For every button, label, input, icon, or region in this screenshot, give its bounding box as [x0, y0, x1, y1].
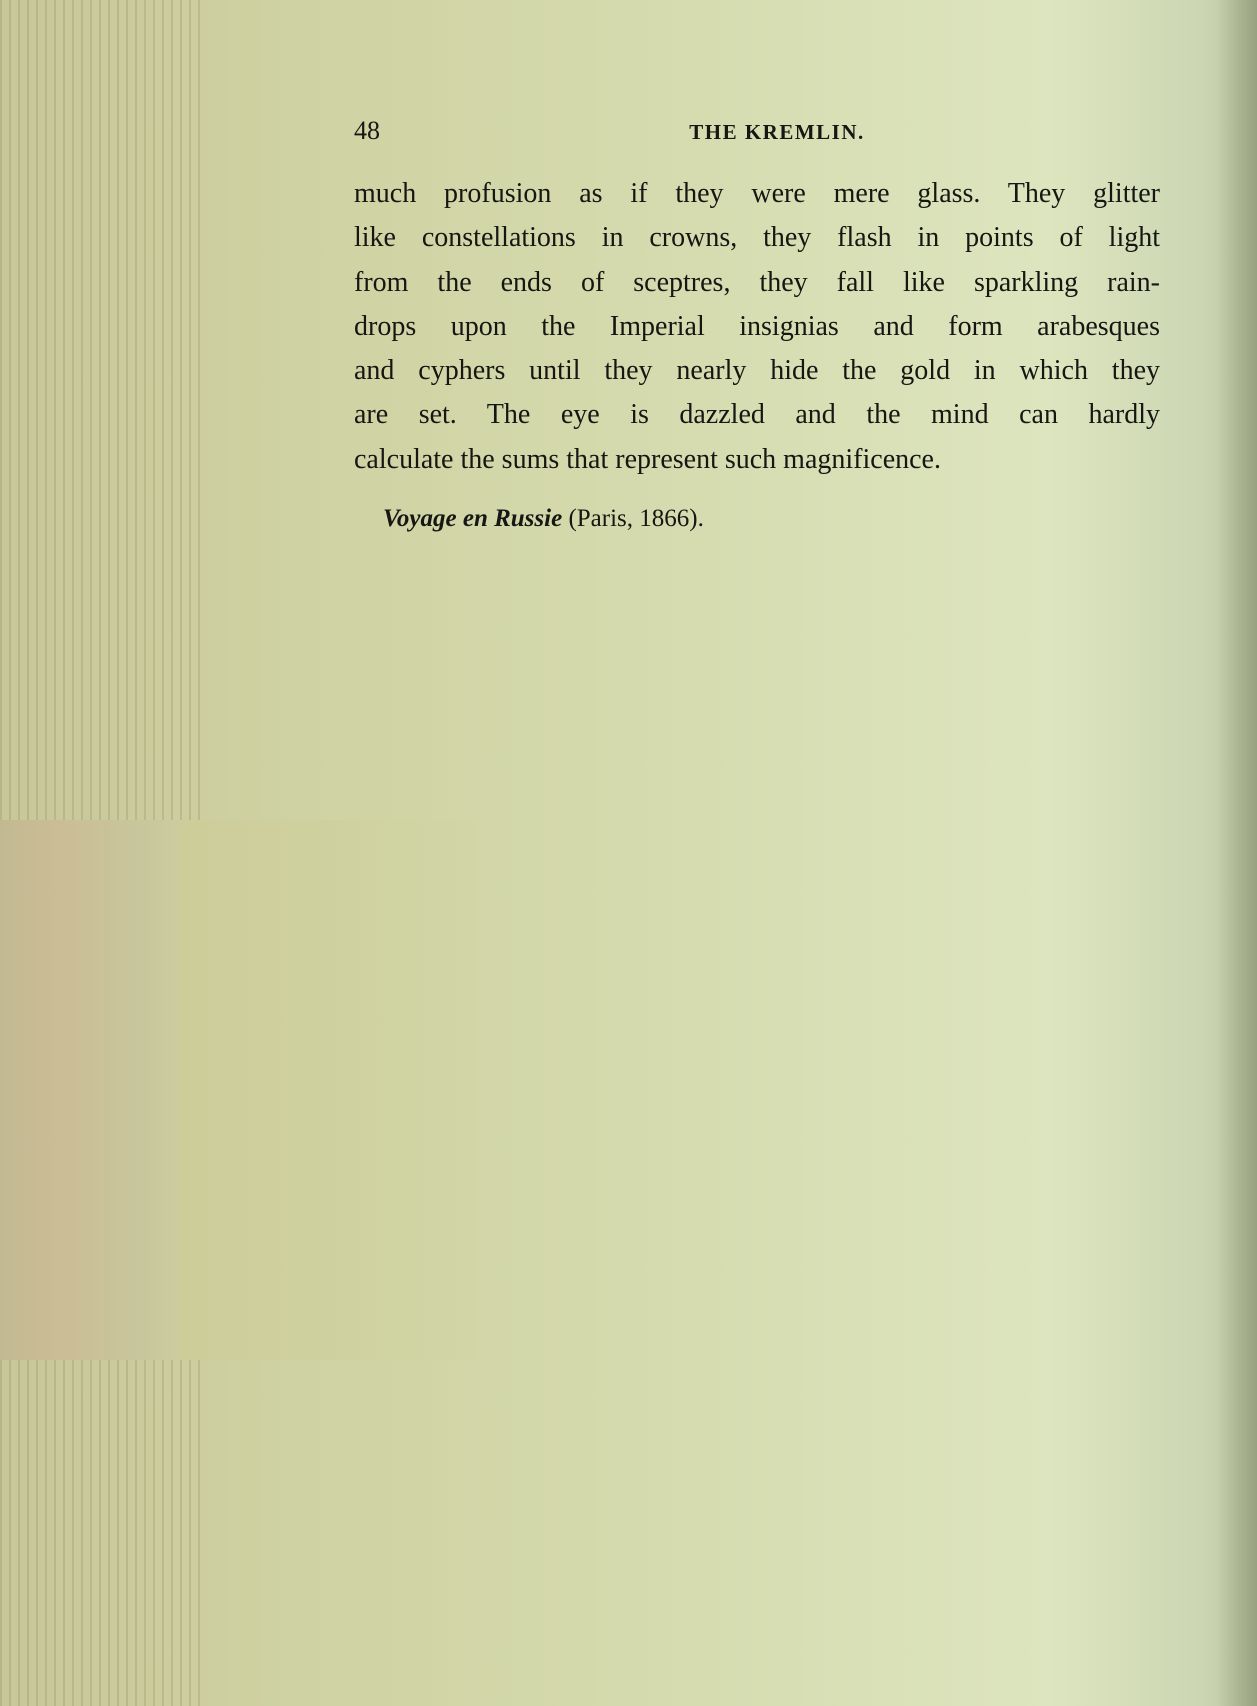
citation-details: (Paris, 1866).: [562, 505, 704, 532]
book-page: 48 THE KREMLIN. much profusion as if the…: [0, 0, 1257, 1706]
text-line: drops upon the Imperial insignias and fo…: [354, 305, 1160, 349]
gutter-shadow: [1217, 0, 1257, 1706]
running-head: THE KREMLIN.: [354, 120, 1160, 145]
citation: Voyage en Russie (Paris, 1866).: [383, 505, 704, 533]
text-line: much profusion as if they were mere glas…: [354, 172, 1160, 216]
text-line: and cyphers until they nearly hide the g…: [354, 349, 1160, 393]
text-line: from the ends of sceptres, they fall lik…: [354, 261, 1160, 305]
text-line: calculate the sums that represent such m…: [354, 438, 1160, 482]
page-edge-blur: [0, 820, 200, 1360]
page-header: 48 THE KREMLIN.: [354, 116, 1160, 150]
body-paragraph: much profusion as if they were mere glas…: [354, 172, 1160, 482]
citation-title: Voyage en Russie: [383, 505, 562, 532]
page-edge-fade: [180, 820, 500, 1360]
text-line: like constellations in crowns, they flas…: [354, 216, 1160, 260]
text-line: are set. The eye is dazzled and the mind…: [354, 393, 1160, 437]
